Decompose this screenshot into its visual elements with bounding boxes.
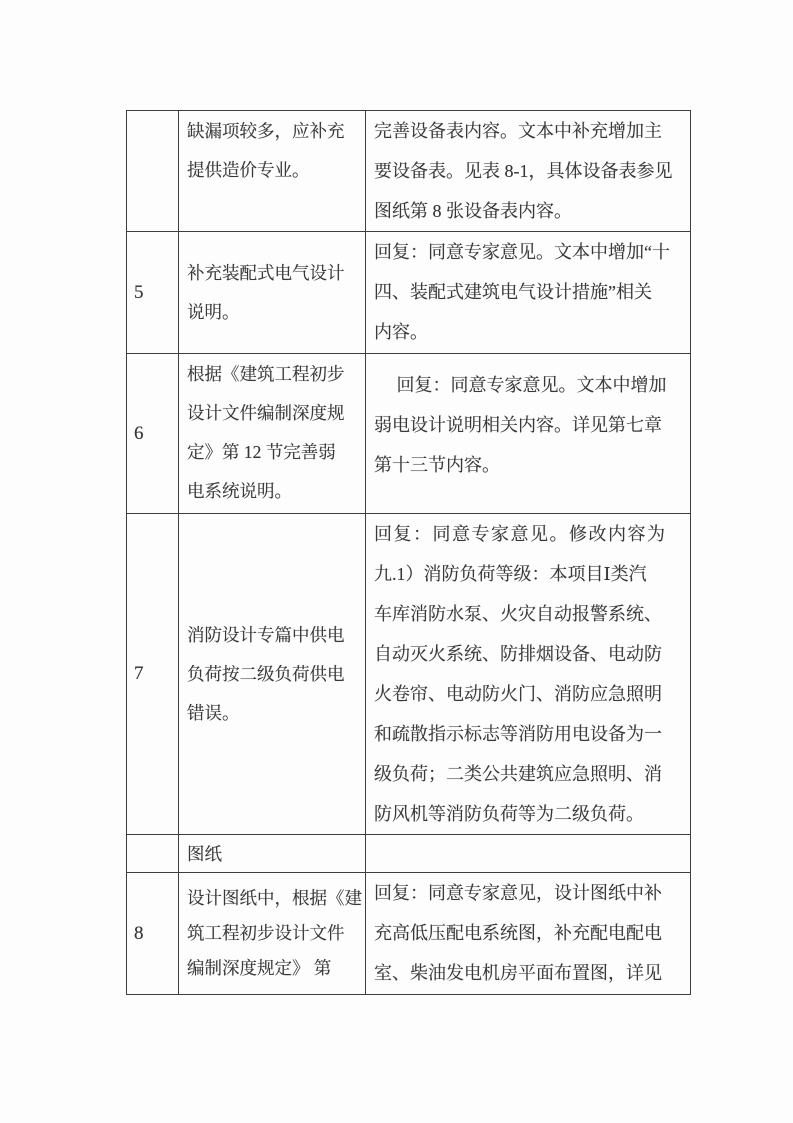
reply-text: 回复：同意专家意见，设计图纸中补 充高低压配电系统图，补充配电配电 室、柴油发电…: [366, 873, 691, 995]
reply-text: [366, 835, 691, 873]
document-page: 缺漏项较多，应补充 提供造价专业。 完善设备表内容。文本中补充增加主 要设备表。…: [0, 0, 793, 1123]
row-number: [127, 111, 179, 232]
reply-text: 回复：同意专家意见。文本中增加“十 四、装配式建筑电气设计措施”相关 内容。: [366, 232, 691, 354]
table-row: 8 设计图纸中，根据《建 筑工程初步设计文件 编制深度规定》 第 回复：同意专家…: [127, 873, 691, 995]
expert-comment: 消防设计专篇中供电 负荷按二级负荷供电 错误。: [179, 514, 366, 835]
section-label: 图纸: [179, 835, 366, 873]
table-row: 5 补充装配式电气设计 说明。 回复：同意专家意见。文本中增加“十 四、装配式建…: [127, 232, 691, 354]
table-row: 缺漏项较多，应补充 提供造价专业。 完善设备表内容。文本中补充增加主 要设备表。…: [127, 111, 691, 232]
reply-text: 完善设备表内容。文本中补充增加主 要设备表。见表 8-1，具体设备表参见 图纸第…: [366, 111, 691, 232]
row-number: [127, 835, 179, 873]
row-number: 7: [127, 514, 179, 835]
expert-comment: 根据《建筑工程初步 设计文件编制深度规 定》第 12 节完善弱 电系统说明。: [179, 354, 366, 514]
table-row: 6 根据《建筑工程初步 设计文件编制深度规 定》第 12 节完善弱 电系统说明。…: [127, 354, 691, 514]
expert-comment: 补充装配式电气设计 说明。: [179, 232, 366, 354]
table-row: 7 消防设计专篇中供电 负荷按二级负荷供电 错误。 回复：同意专家意见。修改内容…: [127, 514, 691, 835]
row-number: 5: [127, 232, 179, 354]
expert-comment: 缺漏项较多，应补充 提供造价专业。: [179, 111, 366, 232]
row-number: 6: [127, 354, 179, 514]
row-number: 8: [127, 873, 179, 995]
expert-comment: 设计图纸中，根据《建 筑工程初步设计文件 编制深度规定》 第: [179, 873, 366, 995]
table-row-section-header: 图纸: [127, 835, 691, 873]
review-table: 缺漏项较多，应补充 提供造价专业。 完善设备表内容。文本中补充增加主 要设备表。…: [126, 110, 691, 995]
reply-text: 回复：同意专家意见。文本中增加 弱电设计说明相关内容。详见第七章 第十三节内容。: [366, 354, 691, 514]
reply-text: 回复：同意专家意见。修改内容为 九.1）消防负荷等级：本项目Ⅰ类汽 车库消防水泵…: [366, 514, 691, 835]
